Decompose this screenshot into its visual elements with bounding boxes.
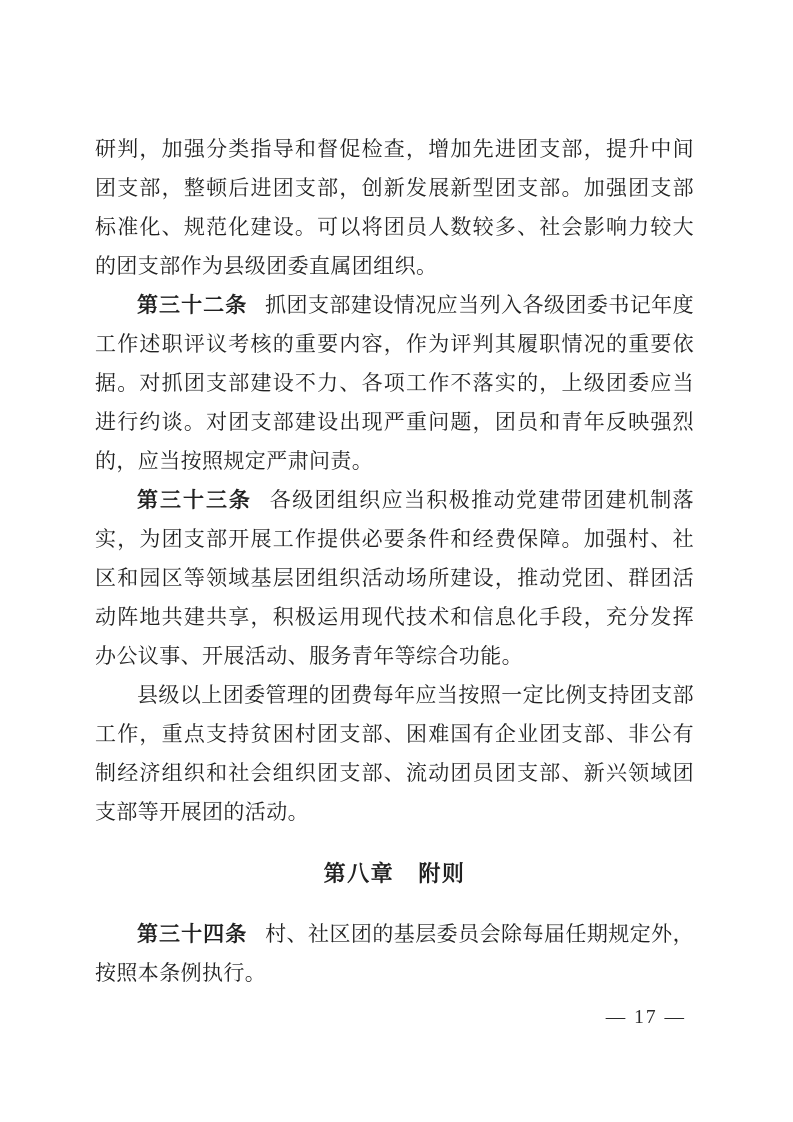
paragraph-article-33: 第三十三条各级团组织应当积极推动党建带团建机制落实，为团支部开展工作提供必要条件…	[95, 481, 694, 676]
chapter-8-title: 附则	[418, 861, 465, 886]
paragraph-article-34: 第三十四条村、社区团的基层委员会除每届任期规定外，按照本条例执行。	[95, 915, 694, 993]
article-32-text: 抓团支部建设情况应当列入各级团委书记年度工作述职评议考核的重要内容，作为评判其履…	[95, 293, 694, 473]
article-33-label: 第三十三条	[137, 489, 252, 512]
chapter-8-heading: 第八章附则	[95, 854, 694, 893]
chapter-8-number: 第八章	[324, 861, 395, 886]
paragraph-continuation: 研判，加强分类指导和督促检查，增加先进团支部，提升中间团支部，整顿后进团支部，创…	[95, 130, 694, 286]
paragraph-article-32: 第三十二条抓团支部建设情况应当列入各级团委书记年度工作述职评议考核的重要内容，作…	[95, 286, 694, 481]
paragraph-funding-text: 县级以上团委管理的团费每年应当按照一定比例支持团支部工作，重点支持贫困村团支部、…	[95, 683, 694, 824]
page-number: — 17 —	[606, 1007, 686, 1029]
article-34-label: 第三十四条	[137, 923, 247, 946]
article-32-label: 第三十二条	[137, 294, 247, 317]
document-text-block: 研判，加强分类指导和督促检查，增加先进团支部，提升中间团支部，整顿后进团支部，创…	[95, 130, 694, 993]
document-page: 研判，加强分类指导和督促检查，增加先进团支部，提升中间团支部，整顿后进团支部，创…	[0, 0, 793, 1122]
article-33-text: 各级团组织应当积极推动党建带团建机制落实，为团支部开展工作提供必要条件和经费保障…	[95, 488, 694, 668]
paragraph-continuation-text: 研判，加强分类指导和督促检查，增加先进团支部，提升中间团支部，整顿后进团支部，创…	[95, 137, 694, 278]
paragraph-funding: 县级以上团委管理的团费每年应当按照一定比例支持团支部工作，重点支持贫困村团支部、…	[95, 676, 694, 832]
